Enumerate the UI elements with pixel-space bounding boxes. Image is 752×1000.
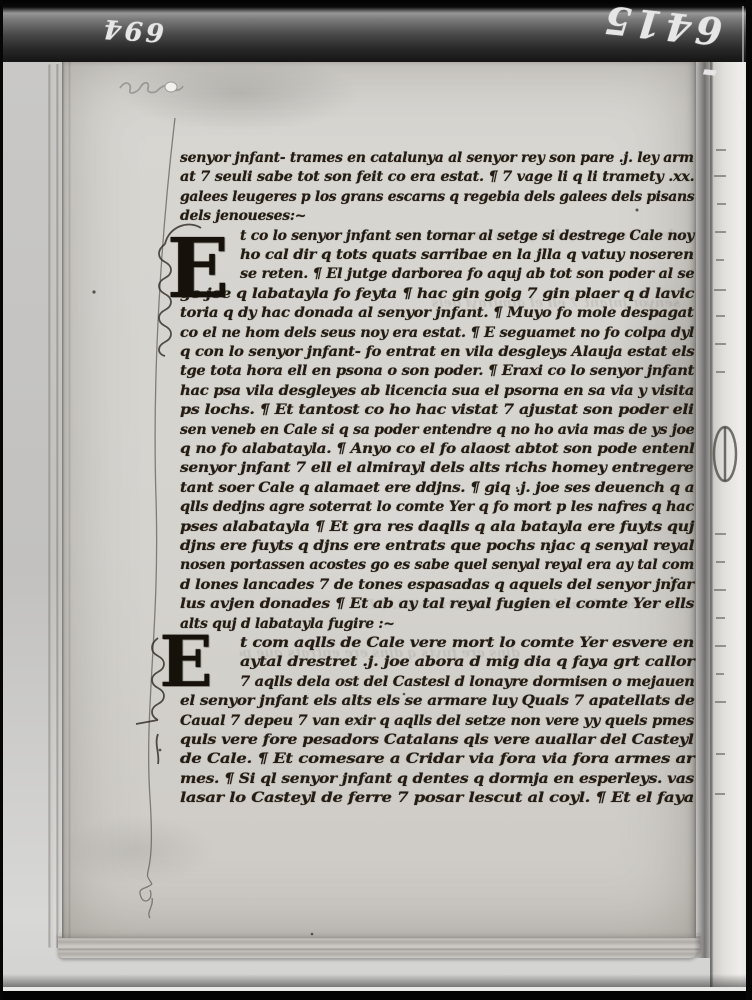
facing-page-partial-text xyxy=(710,54,748,992)
text-line: senyor jnfant- trames en catalunya al se… xyxy=(180,150,694,169)
archival-number-top-left: 694 xyxy=(77,11,165,47)
text-line: djns ere fuyts q djns ere entrats que po… xyxy=(180,538,646,557)
text-line: Caual 7 depeu 7 van exir q aqlls del set… xyxy=(180,713,672,732)
decorated-initial-1: E xyxy=(165,236,231,310)
text-line: lasar lo Casteyl de ferre 7 posar lescut… xyxy=(180,790,616,809)
text-line: ho cal dir q tots quats sarribae en la j… xyxy=(240,247,667,266)
text-line: galees leugeres p los grans escarns q re… xyxy=(180,189,699,208)
text-line: se reten. ¶ El jutge darborea fo aquj ab… xyxy=(240,266,679,285)
archival-number-top-right: - 6415 xyxy=(578,0,725,99)
bottom-border xyxy=(0,991,752,1000)
text-line: de Cale. ¶ Et comesare a Cridar via fora… xyxy=(180,751,612,770)
text-line: lus avjen donades ¶ Et ab ay tal reyal f… xyxy=(180,596,641,615)
text-line: tant soer Cale q alamaet ere ddjns. ¶ gi… xyxy=(180,480,656,499)
text-line: aytal drestret .j. joe abora d mig dia q… xyxy=(240,654,635,673)
text-line: quls vere fore pesadors Catalans qls ver… xyxy=(180,732,635,751)
text-line: go joe q labatayla fo feyta ¶ hac gin go… xyxy=(180,286,639,305)
left-border xyxy=(0,0,3,1000)
text-line: q con lo senyor jnfant- fo entrat en vil… xyxy=(180,344,663,363)
text-line: senyor jnfant 7 ell el almirayl dels alt… xyxy=(180,460,645,479)
text-line: ps lochs. ¶ Et tantost co ho hac vistat … xyxy=(180,402,635,421)
photo-frame: galees leugeres p los grans escarns q re… xyxy=(0,0,752,1000)
text-line: toria q dy hac donada al senyor jnfant. … xyxy=(180,305,665,324)
text-line: pses alabatayla ¶ Et gra res daqlls q al… xyxy=(180,519,637,538)
text-line: hac psa vila desgleyes ab licencia sua e… xyxy=(180,383,665,402)
text-line: qlls dedjns agre soterrat lo comte Yer q… xyxy=(180,499,676,518)
decorated-initial-2: E xyxy=(155,632,217,704)
text-line: q no fo alabatayla. ¶ Anyo co el fo alao… xyxy=(180,441,652,460)
text-block: senyor jnfant- trames en catalunya al se… xyxy=(180,150,694,818)
text-line: co el ne hom dels seus noy era estat. ¶ … xyxy=(180,325,678,344)
text-line: tge tota hora ell en psona o son poder. … xyxy=(180,363,672,382)
text-line: 7 aqlls dela ost del Castesl d lonayre d… xyxy=(240,674,674,693)
text-line: at 7 seuli sabe tot son feit co era esta… xyxy=(180,169,676,188)
text-line: el senyor jnfant els alts els se armare … xyxy=(180,693,652,712)
facing-page-sliver xyxy=(710,54,748,992)
text-line: sen veneb en Cale si q sa poder entendre… xyxy=(180,422,690,441)
text-line: t co lo senyor jnfant sen tornar al setg… xyxy=(240,228,694,247)
text-line: t com aqlls de Cale vere mort lo comte Y… xyxy=(240,635,636,654)
text-line: nosen portassen acostes go es sabe quel … xyxy=(180,557,690,576)
text-line: mes. ¶ Si ql senyor jnfant q dentes q do… xyxy=(180,771,644,790)
text-line: d lones lancades 7 de tones espasadas q … xyxy=(180,577,660,596)
right-edge-highlight xyxy=(742,6,744,101)
right-border xyxy=(746,0,752,1000)
